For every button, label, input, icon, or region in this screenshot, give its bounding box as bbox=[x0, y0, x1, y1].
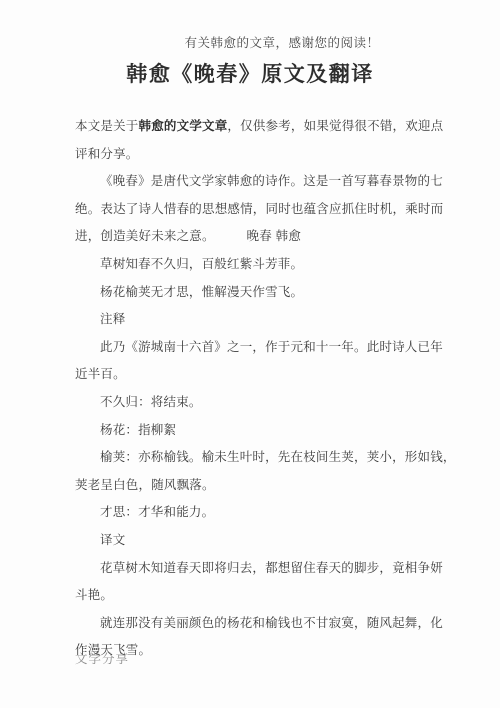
body-text: 才思：才华和能力。 bbox=[100, 505, 214, 519]
text-line: 译文 bbox=[75, 527, 445, 555]
text-line: 榆荚：亦称榆钱。榆未生叶时，先在枝间生荚，荚小，形如钱， bbox=[75, 444, 445, 472]
body-text: 近半百。 bbox=[75, 367, 126, 381]
text-line: 斗艳。 bbox=[75, 582, 445, 610]
text-line: 此乃《游城南十六首》之一，作于元和十一年。此时诗人已年 bbox=[75, 334, 445, 362]
text-line: 绝。表达了诗人惜春的思想感情，同时也蕴含应抓住时机，乘时而 bbox=[75, 196, 445, 224]
text-line: 荚老呈白色，随风飘落。 bbox=[75, 472, 445, 500]
text-line: 花草树木知道春天即将归去，都想留住春天的脚步，竟相争妍 bbox=[75, 555, 445, 583]
body-text: 就连那没有美丽颜色的杨花和榆钱也不甘寂寞，随风起舞，化 bbox=[100, 616, 443, 630]
text-line: 才思：才华和能力。 bbox=[75, 499, 445, 527]
text-line: 杨花榆荚无才思，惟解漫天作雪飞。 bbox=[75, 279, 445, 307]
text-line: 就连那没有美丽颜色的杨花和榆钱也不甘寂寞，随风起舞，化 bbox=[75, 610, 445, 638]
body-text: 译文 bbox=[100, 533, 125, 547]
body-text: 杨花榆荚无才思，惟解漫天作雪飞。 bbox=[100, 285, 303, 299]
text-line: 不久归：将结束。 bbox=[75, 389, 445, 417]
text-line: 草树知春不久归，百般红紫斗芳菲。 bbox=[75, 251, 445, 279]
text-line: 近半百。 bbox=[75, 361, 445, 389]
page-title: 韩愈《晚春》原文及翻译 bbox=[0, 58, 500, 88]
body-text: 本文是关于 bbox=[75, 119, 139, 133]
text-line: 《晚春》是唐代文学家韩愈的诗作。这是一首写暮春景物的七 bbox=[75, 168, 445, 196]
body-text: 花草树木知道春天即将归去，都想留住春天的脚步，竟相争妍 bbox=[100, 561, 443, 575]
document-page: 有关韩愈的文章，感谢您的阅读！ 韩愈《晚春》原文及翻译 本文是关于韩愈的文学文章… bbox=[0, 0, 500, 708]
body-text: 绝。表达了诗人惜春的思想感情，同时也蕴含应抓住时机，乘时而 bbox=[75, 202, 443, 216]
document-body: 本文是关于韩愈的文学文章，仅供参考，如果觉得很不错，欢迎点评和分享。《晚春》是唐… bbox=[75, 113, 445, 665]
body-text: 不久归：将结束。 bbox=[100, 395, 202, 409]
body-text: 杨花：指柳絮 bbox=[100, 423, 176, 437]
body-text: 荚老呈白色，随风飘落。 bbox=[75, 478, 215, 492]
body-text: 榆荚：亦称榆钱。榆未生叶时，先在枝间生荚，荚小，形如钱， bbox=[100, 450, 456, 464]
body-text: ，仅供参考，如果觉得很不错，欢迎点 bbox=[227, 119, 443, 133]
body-text: 注释 bbox=[100, 312, 125, 326]
body-text: 此乃《游城南十六首》之一，作于元和十一年。此时诗人已年 bbox=[100, 340, 443, 354]
header-notice: 有关韩愈的文章，感谢您的阅读！ bbox=[0, 33, 500, 51]
footer-brand: 文学分享 bbox=[75, 649, 129, 667]
body-text: 草树知春不久归，百般红紫斗芳菲。 bbox=[100, 257, 303, 271]
body-text: 进，创造美好未来之意。 晚春 韩愈 bbox=[75, 229, 301, 243]
text-line: 注释 bbox=[75, 306, 445, 334]
text-line: 作漫天飞雪。 bbox=[75, 637, 445, 665]
text-line: 杨花：指柳絮 bbox=[75, 417, 445, 445]
text-line: 评和分享。 bbox=[75, 141, 445, 169]
bold-text: 韩愈的文学文章 bbox=[139, 119, 228, 133]
body-text: 斗艳。 bbox=[75, 588, 113, 602]
body-text: 《晚春》是唐代文学家韩愈的诗作。这是一首写暮春景物的七 bbox=[100, 174, 443, 188]
body-text: 评和分享。 bbox=[75, 147, 139, 161]
text-line: 本文是关于韩愈的文学文章，仅供参考，如果觉得很不错，欢迎点 bbox=[75, 113, 445, 141]
text-line: 进，创造美好未来之意。 晚春 韩愈 bbox=[75, 223, 445, 251]
